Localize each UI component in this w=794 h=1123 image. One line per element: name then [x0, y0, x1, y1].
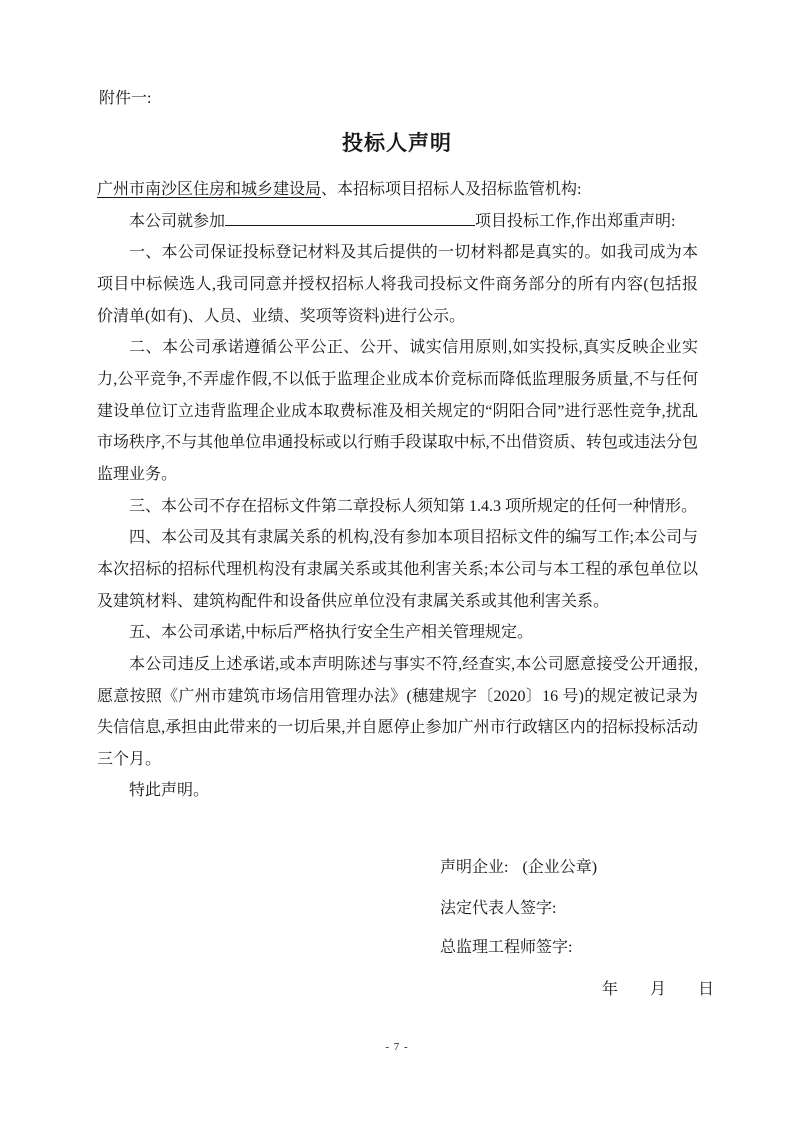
- page-number: - 7 -: [0, 1041, 794, 1053]
- participation-prefix: 本公司就参加: [129, 213, 225, 230]
- paragraph-1: 一、本公司保证投标登记材料及其后提供的一切材料都是真实的。如我司成为本项目中标候…: [97, 237, 698, 332]
- paragraph-3: 三、本公司不存在招标文件第二章投标人须知第 1.4.3 项所规定的任何一种情形。: [97, 491, 698, 523]
- salutation-rest: 、本招标项目招标人及招标监管机构:: [321, 181, 581, 198]
- paragraph-5: 五、本公司承诺,中标后严格执行安全生产相关管理规定。: [97, 617, 698, 649]
- document-body: 广州市南沙区住房和城乡建设局、本招标项目招标人及招标监管机构: 本公司就参加项目…: [97, 174, 698, 807]
- attachment-label: 附件一:: [99, 89, 151, 109]
- closing-statement: 特此声明。: [97, 775, 698, 807]
- page-title: 投标人声明: [0, 130, 794, 156]
- legal-representative-signature-label: 法定代表人签字:: [440, 899, 556, 919]
- paragraph-6: 本公司违反上述承诺,或本声明陈述与事实不符,经查实,本公司愿意接受公开通报,愿意…: [97, 649, 698, 776]
- salutation-underlined-agency: 广州市南沙区住房和城乡建设局: [97, 181, 321, 198]
- document-page: 附件一: 投标人声明 广州市南沙区住房和城乡建设局、本招标项目招标人及招标监管机…: [0, 0, 794, 1123]
- signature-company-line: 声明企业:(企业公章): [440, 858, 597, 878]
- participation-suffix: 项目投标工作,作出郑重声明:: [475, 213, 675, 230]
- project-name-blank-underline: [225, 209, 475, 226]
- date-placeholder: 年 月 日: [602, 980, 714, 1000]
- signature-company-label: 声明企业:: [440, 859, 508, 876]
- chief-supervision-engineer-signature-label: 总监理工程师签字:: [440, 938, 572, 958]
- salutation-line: 广州市南沙区住房和城乡建设局、本招标项目招标人及招标监管机构:: [97, 174, 698, 206]
- paragraph-4: 四、本公司及其有隶属关系的机构,没有参加本项目招标文件的编写工作;本公司与本次招…: [97, 522, 698, 617]
- paragraph-2: 二、本公司承诺遵循公平公正、公开、诚实信用原则,如实投标,真实反映企业实力,公平…: [97, 332, 698, 490]
- participation-line: 本公司就参加项目投标工作,作出郑重声明:: [97, 206, 698, 238]
- company-seal-note: (企业公章): [522, 859, 597, 876]
